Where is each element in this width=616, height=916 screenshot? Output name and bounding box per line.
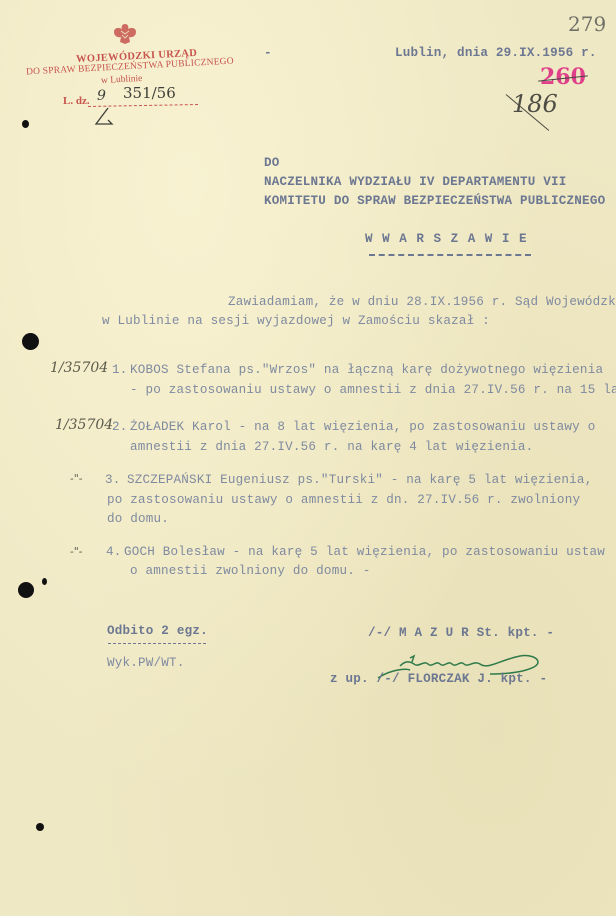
punch-hole — [18, 582, 34, 598]
margin-note: -"- — [70, 545, 83, 558]
item-number: 3. — [105, 473, 121, 487]
item-number: 1. — [112, 363, 128, 377]
item-line-3: do domu. — [107, 512, 169, 526]
ref-prefix: 9 — [97, 88, 106, 104]
header-dash: - — [264, 46, 272, 60]
archive-number-gray: 186 — [512, 90, 558, 118]
addressee-line-2: KOMITETU DO SPRAW BEZPIECZEŃSTWA PUBLICZ… — [264, 194, 605, 208]
office-stamp: WOJEWÓDZKI URZĄD DO SPRAW BEZPIECZEŃSTWA… — [0, 0, 250, 140]
punch-hole — [36, 823, 44, 831]
signatory-1: /-/ M A Z U R St. kpt. - — [368, 626, 554, 640]
item-line-2: amnestii z dnia 27.IV.56 r. na karę 4 la… — [130, 440, 533, 454]
addressee-city: W W A R S Z A W I E — [365, 232, 528, 246]
place-date: Lublin, dnia 29.IX.1956 r. — [395, 46, 597, 60]
margin-note: 1/35704 — [50, 360, 108, 376]
copies-underline — [108, 643, 206, 644]
item-line-2: - po zastosowaniu ustawy o amnestii z dn… — [130, 383, 616, 397]
item-line-2: o amnestii zwolniony do domu. - — [130, 564, 370, 578]
handwritten-mark-icon — [94, 106, 116, 128]
ref-label: L. dz. — [63, 95, 90, 107]
item-line-1: ŻOŁADEK Karol - na 8 lat więzienia, po z… — [130, 420, 595, 434]
signatory-2: z up. /-/ FLORCZAK J. kpt. - — [330, 672, 547, 686]
item-line-2: po zastosowaniu ustawy o amnestii z dn. … — [107, 493, 580, 507]
addressee-line-1: NACZELNIKA WYDZIAŁU IV DEPARTAMENTU VII — [264, 175, 567, 189]
punch-hole — [22, 333, 39, 350]
ref-number: 351/56 — [123, 84, 176, 102]
executed-by: Wyk.PW/WT. — [107, 656, 185, 670]
item-number: 4. — [106, 545, 122, 559]
archive-number-top: 279 — [568, 12, 606, 36]
eagle-emblem-icon — [112, 22, 138, 46]
item-line-1: SZCZEPAŃSKI Eugeniusz ps."Turski" - na k… — [127, 473, 592, 487]
item-line-1: KOBOS Stefana ps."Wrzos" na łączną karę … — [130, 363, 603, 377]
intro-line-1: Zawiadamiam, że w dniu 28.IX.1956 r. Sąd… — [228, 295, 616, 309]
punch-hole — [42, 578, 47, 585]
item-line-1: GOCH Bolesław - na karę 5 lat więzienia,… — [124, 545, 605, 559]
intro-line-2: w Lublinie na sesji wyjazdowej w Zamości… — [102, 314, 490, 328]
margin-note: 1/35704 — [55, 417, 113, 433]
item-number: 2. — [112, 420, 128, 434]
copies-note: Odbito 2 egz. — [107, 624, 208, 638]
city-underline — [369, 254, 531, 256]
archive-number-pink: 260 — [540, 64, 586, 90]
margin-note: -"- — [70, 472, 83, 485]
addressee-to: DO — [264, 156, 280, 170]
